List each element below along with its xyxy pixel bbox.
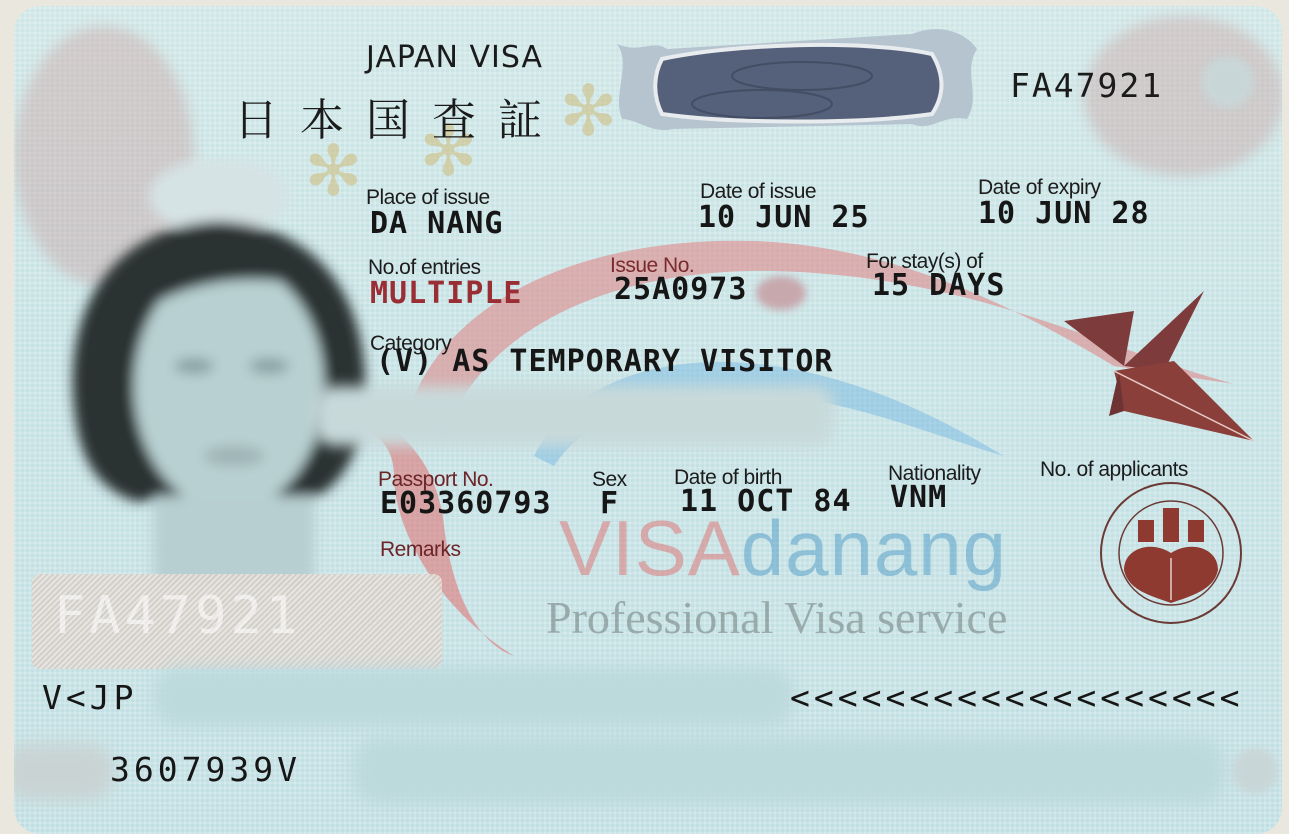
issue-number-value: 25A0973 <box>614 272 747 307</box>
redaction-blur <box>314 386 834 446</box>
redaction-blur <box>154 668 794 726</box>
holder-photo <box>54 156 384 586</box>
redaction-blur <box>14 744 114 800</box>
visa-number: FA47921 <box>1010 66 1163 105</box>
ornamental-plaque <box>612 24 982 134</box>
redaction-blur <box>354 738 1224 804</box>
place-of-issue-value: DA NANG <box>370 206 503 241</box>
category-value: (V) AS TEMPORARY VISITOR <box>376 344 833 379</box>
redaction-blur <box>1232 748 1278 794</box>
passport-number-value: E03360793 <box>380 486 552 521</box>
ghost-visa-number: FA47921 <box>54 586 301 646</box>
redaction-blur <box>1202 56 1254 108</box>
stay-duration-value: 15 DAYS <box>872 268 1005 303</box>
document-title-jp: 日本国査証 <box>234 84 564 148</box>
origami-crane-icon <box>1054 291 1264 451</box>
watermark-brand: VISAdanang <box>559 503 1007 594</box>
ministry-seal <box>1096 478 1246 628</box>
mrz-line2: 3607939V <box>110 750 301 789</box>
watermark-tagline: Professional Visa service <box>546 591 1007 644</box>
redaction-blur <box>756 276 806 310</box>
date-of-expiry-value: 10 JUN 28 <box>978 196 1150 231</box>
watermark-brand-part2: danang <box>741 504 1007 592</box>
visa-sticker: ✻ ✻ ✻ JAPAN VISA 日本国査証 FA47921 <box>14 6 1282 834</box>
entries-value: MULTIPLE <box>370 276 523 311</box>
document-title-en: JAPAN VISA <box>366 40 543 75</box>
mrz-line1-start: V<JP <box>42 678 137 717</box>
watermark-brand-part1: VISA <box>559 504 741 592</box>
maple-leaf-icon: ✻ <box>559 76 618 146</box>
mrz-line1-end: <<<<<<<<<<<<<<<<<<< <box>790 678 1244 717</box>
date-of-issue-value: 10 JUN 25 <box>698 200 870 235</box>
remarks-label: Remarks <box>380 538 461 562</box>
